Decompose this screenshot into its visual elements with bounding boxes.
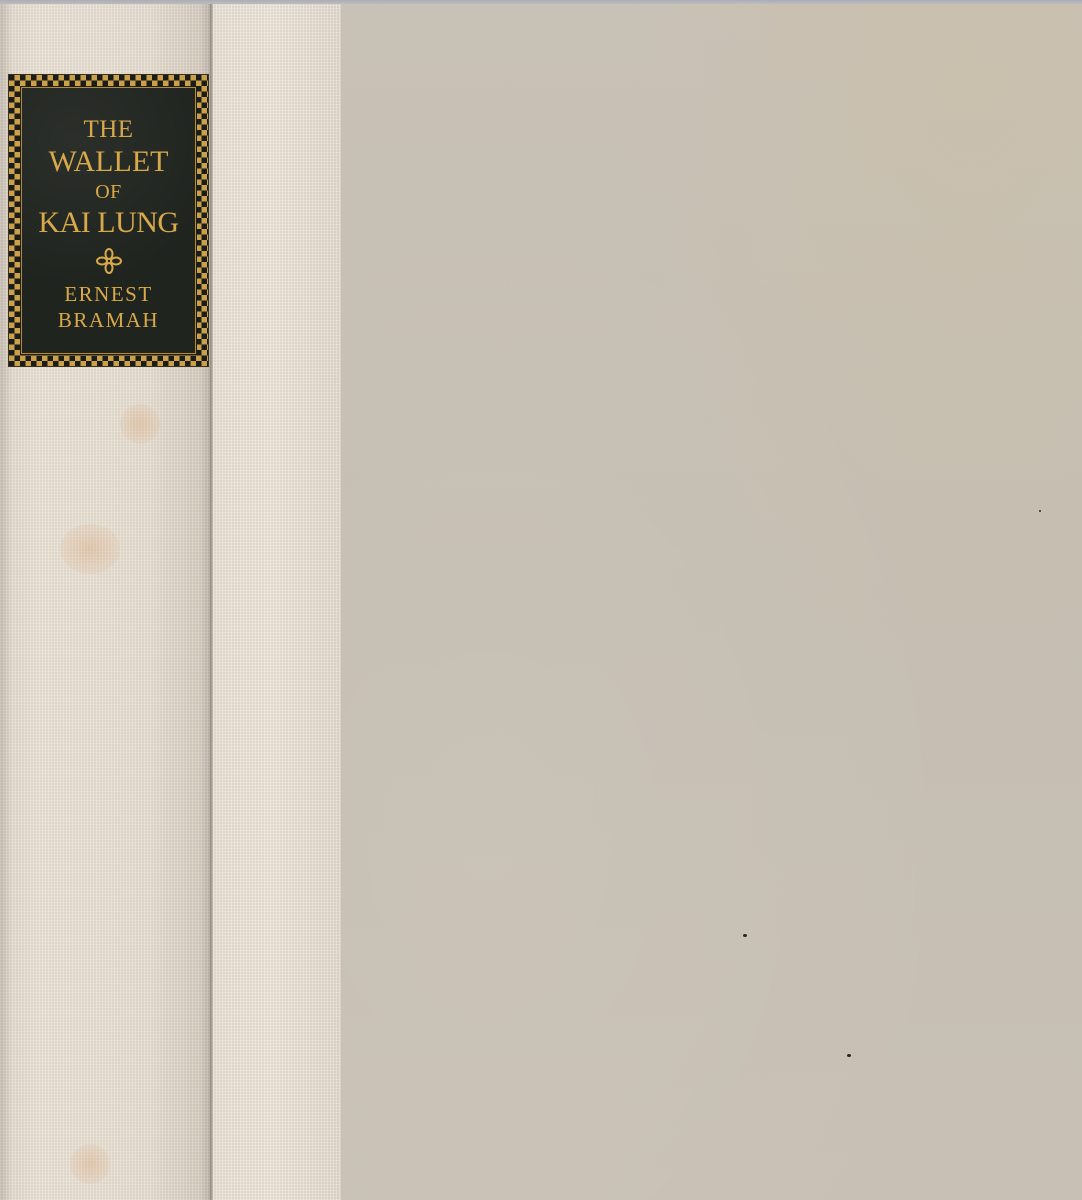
book-spine: THE WALLET OF KAI LUNG ERNEST BRAMAH	[0, 4, 212, 1200]
title-line-4: KAI LUNG	[22, 206, 195, 240]
speck	[847, 1054, 851, 1057]
speck	[743, 934, 747, 937]
title-line-1: THE	[22, 116, 195, 144]
leather-panel: THE WALLET OF KAI LUNG ERNEST BRAMAH	[22, 88, 195, 353]
foxing-stain	[60, 524, 120, 574]
cloth-quarter-binding	[213, 4, 341, 1200]
foxing-stain	[120, 404, 160, 444]
author-line-2: BRAMAH	[22, 308, 195, 333]
title-line-3: OF	[22, 181, 195, 204]
spine-label: THE WALLET OF KAI LUNG ERNEST BRAMAH	[9, 75, 208, 366]
knot-ornament-icon	[96, 248, 122, 274]
title-line-2: WALLET	[22, 145, 195, 179]
author-line-1: ERNEST	[22, 282, 195, 307]
speck	[1039, 510, 1041, 512]
book-photo: THE WALLET OF KAI LUNG ERNEST BRAMAH	[0, 0, 1082, 1200]
paper-board-cover	[341, 4, 1082, 1200]
foxing-stain	[70, 1144, 110, 1184]
